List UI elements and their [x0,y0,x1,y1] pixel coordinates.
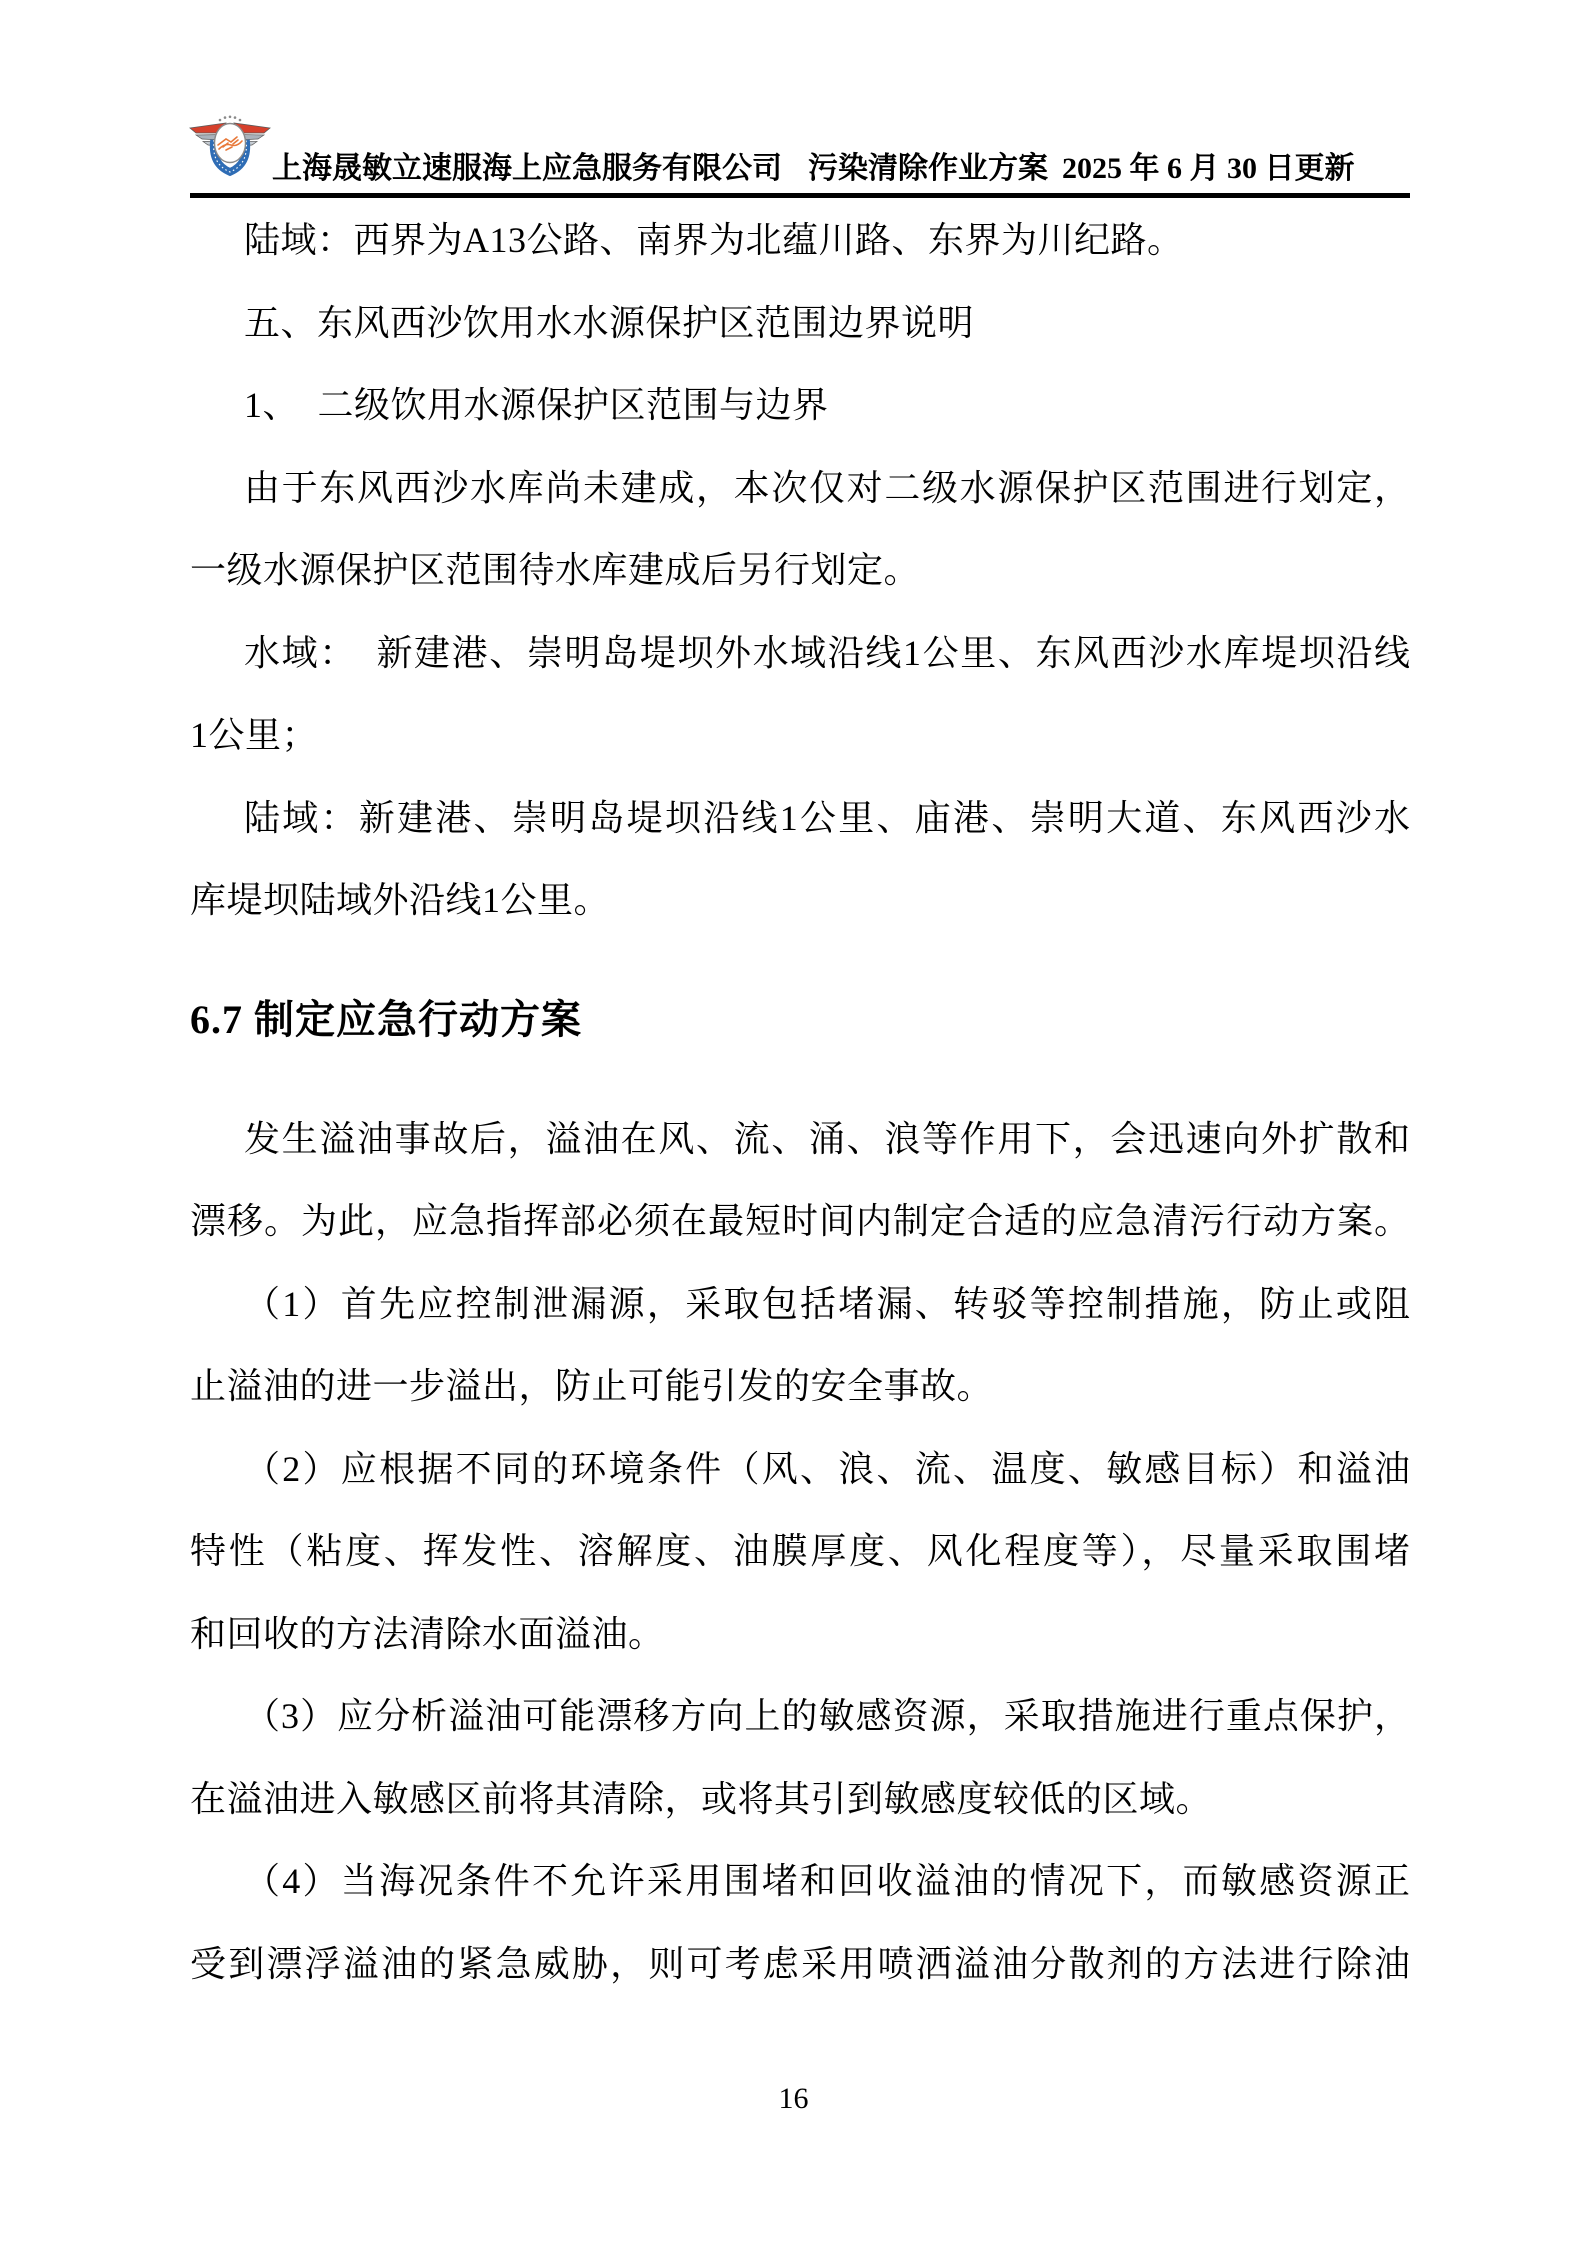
body-line: 止溢油的进一步溢出，防止可能引发的安全事故。 [190,1345,1410,1428]
body-line: 1、 二级饮用水源保护区范围与边界 [190,364,1410,447]
document-page: 上海晟敏立速服海上应急服务有限公司 污染清除作业方案 2025 年 6 月 30… [0,0,1587,2245]
header-company-name: 上海晟敏立速服海上应急服务有限公司 [272,143,782,187]
page-header: 上海晟敏立速服海上应急服务有限公司 污染清除作业方案 2025 年 6 月 30… [272,143,1412,187]
header-divider [190,193,1410,198]
body-line: 一级水源保护区范围待水库建成后另行划定。 [190,529,1410,612]
body-line: （2）应根据不同的环境条件（风、浪、流、温度、敏感目标）和溢油 [190,1428,1410,1511]
body-paragraphs-bottom: 发生溢油事故后，溢油在风、流、涌、浪等作用下，会迅速向外扩散和漂移。为此，应急指… [190,1098,1410,2006]
body-line: 由于东风西沙水库尚未建成，本次仅对二级水源保护区范围进行划定， [190,447,1410,530]
body-line: 发生溢油事故后，溢油在风、流、涌、浪等作用下，会迅速向外扩散和 [190,1098,1410,1181]
company-logo [189,112,271,186]
body-line: 和回收的方法清除水面溢油。 [190,1593,1410,1676]
body-line: 陆域：西界为A13公路、南界为北蕴川路、东界为川纪路。 [190,199,1410,282]
body-line: 陆域：新建港、崇明岛堤坝沿线1公里、庙港、崇明大道、东风西沙水 [190,777,1410,860]
section-heading: 6.7 制定应急行动方案 [190,990,1410,1050]
body-paragraphs-top: 陆域：西界为A13公路、南界为北蕴川路、东界为川纪路。五、东风西沙饮用水水源保护… [190,199,1410,942]
header-doc-title: 污染清除作业方案 [808,143,1048,187]
body-line: 漂移。为此，应急指挥部必须在最短时间内制定合适的应急清污行动方案。 [190,1180,1410,1263]
winged-rescue-emblem-icon [189,112,271,186]
body-line: 五、东风西沙饮用水水源保护区范围边界说明 [190,282,1410,365]
header-update-date: 2025 年 6 月 30 日更新 [1062,143,1355,187]
body-line: 水域： 新建港、崇明岛堤坝外水域沿线1公里、东风西沙水库堤坝沿线 [190,612,1410,695]
body-line: 特性（粘度、挥发性、溶解度、油膜厚度、风化程度等），尽量采取围堵 [190,1510,1410,1593]
document-body: 陆域：西界为A13公路、南界为北蕴川路、东界为川纪路。五、东风西沙饮用水水源保护… [190,199,1410,2005]
body-line: （3）应分析溢油可能漂移方向上的敏感资源，采取措施进行重点保护， [190,1675,1410,1758]
body-line: 库堤坝陆域外沿线1公里。 [190,859,1410,942]
body-line: 1公里； [190,694,1410,777]
body-line: （1）首先应控制泄漏源，采取包括堵漏、转驳等控制措施，防止或阻 [190,1263,1410,1346]
body-line: （4）当海况条件不允许采用围堵和回收溢油的情况下，而敏感资源正 [190,1840,1410,1923]
body-line: 受到漂浮溢油的紧急威胁，则可考虑采用喷洒溢油分散剂的方法进行除油 [190,1923,1410,2006]
body-line: 在溢油进入敏感区前将其清除，或将其引到敏感度较低的区域。 [190,1758,1410,1841]
page-number: 16 [0,2082,1587,2116]
